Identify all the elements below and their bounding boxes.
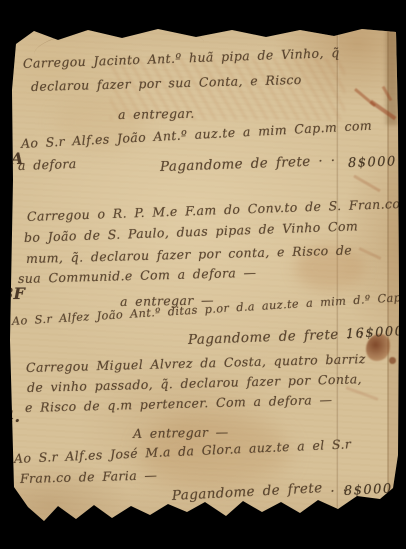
rust-stroke (354, 88, 376, 107)
entry-1-recipient-line-2: a defora (18, 157, 77, 173)
entry-2-body-line-2: bo João de S. Paulo, duas pipas de Vinho… (24, 219, 359, 244)
entry-2-freight-amount: 16$000 (346, 325, 405, 342)
entry-2-freight-label: Pagandome de frete . : (188, 327, 364, 348)
entry-2-margin-mark: 8F (2, 285, 25, 303)
entry-3-recipient-line-2: Fran.co de Faria — (20, 468, 158, 485)
rust-stroke (346, 386, 379, 400)
entry-3-recipient-line-1: Ao S.r Alf.es José M.a da Glor.a auz.te … (14, 437, 352, 465)
entry-3-freight-amount: 8$000 (344, 482, 394, 499)
entry-3-deliver-line: A entregar — (133, 425, 229, 440)
rust-stroke (353, 175, 380, 193)
entry-1-recipient-line-1: Ao S.r Alf.es João Ant.º auz.te a mim Ca… (21, 119, 373, 151)
entry-2-body-line-3: mum, q̃. declarou fazer por conta, e Ris… (26, 243, 352, 265)
rust-stroke (358, 247, 381, 260)
underlying-page-edge (388, 30, 399, 495)
entry-1-body-line-2: declarou fazer por sua Conta, e Risco (31, 73, 302, 94)
entry-1-freight-amount: 8$000 (348, 155, 397, 171)
entry-3-body-line-3: e Risco de q.m pertencer. Com a defora — (25, 393, 333, 415)
entry-3-body-line-1: Carregou Miguel Alvrez da Costa, quatro … (26, 352, 366, 375)
entry-3-body-line-2: de vinho passado, q̃. declarou fazer por… (27, 372, 362, 395)
entry-3-margin-mark: 4. (3, 408, 21, 426)
entry-1-deliver-line: a entregar. (118, 107, 195, 122)
entry-3-freight-label: Pagandome de frete . . (172, 480, 348, 504)
manuscript-page: ÎA Carregou Jacinto Ant.º huã pipa de Vi… (0, 0, 406, 549)
manuscript-scan: ÎA Carregou Jacinto Ant.º huã pipa de Vi… (0, 0, 406, 549)
entry-2-body-line-4: sua Communid.e Com a defora — (18, 266, 257, 286)
entry-1-freight-label: Pagandome de frete · · (160, 154, 336, 175)
